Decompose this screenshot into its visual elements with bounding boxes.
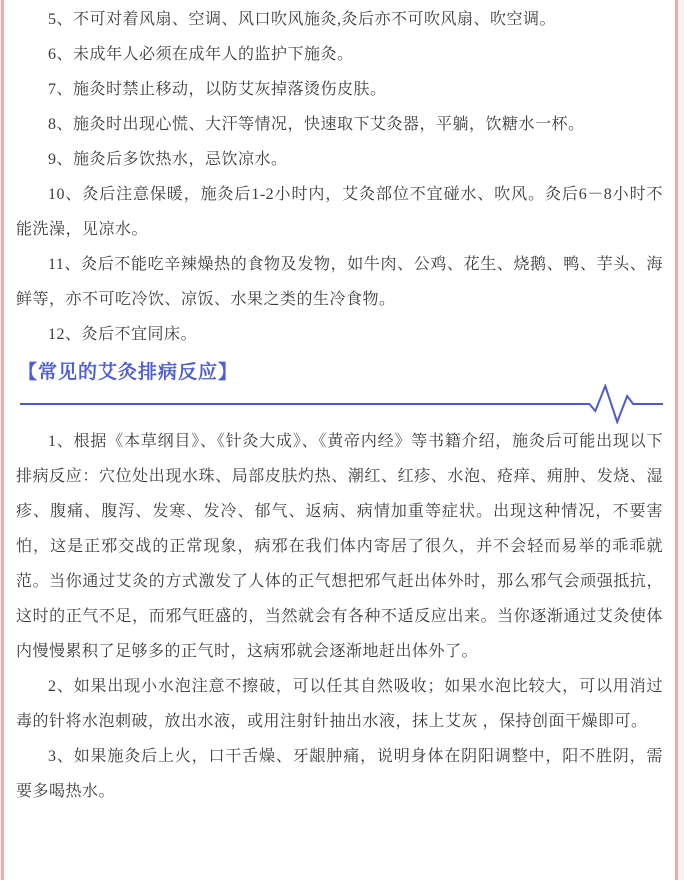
pulse-divider <box>16 384 663 424</box>
precaution-item-8: 8、施灸时出现心慌、大汗等情况，快速取下艾灸器，平躺，饮糖水一杯。 <box>16 107 663 142</box>
precaution-item-12: 12、灸后不宜同床。 <box>16 317 663 352</box>
precaution-item-5: 5、不可对着风扇、空调、风口吹风施灸,灸后亦不可吹风扇、吹空调。 <box>16 2 663 37</box>
article-content: 5、不可对着风扇、空调、风口吹风施灸,灸后亦不可吹风扇、吹空调。 6、未成年人必… <box>4 0 675 809</box>
ecg-pulse-icon <box>16 384 663 424</box>
article-page: 5、不可对着风扇、空调、风口吹风施灸,灸后亦不可吹风扇、吹空调。 6、未成年人必… <box>1 0 678 880</box>
reaction-paragraph-1: 1、根据《本草纲目》、《针灸大成》、《黄帝内经》等书籍介绍，施灸后可能出现以下排… <box>16 424 663 669</box>
precaution-item-11: 11、灸后不能吃辛辣燥热的食物及发物，如牛肉、公鸡、花生、烧鹅、鸭、芋头、海鲜等… <box>16 247 663 317</box>
reaction-paragraph-3: 3、如果施灸后上火，口干舌燥、牙龈肿痛，说明身体在阴阳调整中，阳不胜阴，需要多喝… <box>16 739 663 809</box>
ecg-pulse-path <box>20 386 663 422</box>
precaution-item-10: 10、灸后注意保暖，施灸后1-2小时内，艾灸部位不宜碰水、吹风。灸后6－8小时不… <box>16 177 663 247</box>
precaution-item-7: 7、施灸时禁止移动，以防艾灰掉落烫伤皮肤。 <box>16 72 663 107</box>
precaution-item-9: 9、施灸后多饮热水，忌饮凉水。 <box>16 142 663 177</box>
reaction-paragraph-2: 2、如果出现小水泡注意不擦破，可以任其自然吸收；如果水泡比较大，可以用消过毒的针… <box>16 669 663 739</box>
precaution-item-6: 6、未成年人必须在成年人的监护下施灸。 <box>16 37 663 72</box>
